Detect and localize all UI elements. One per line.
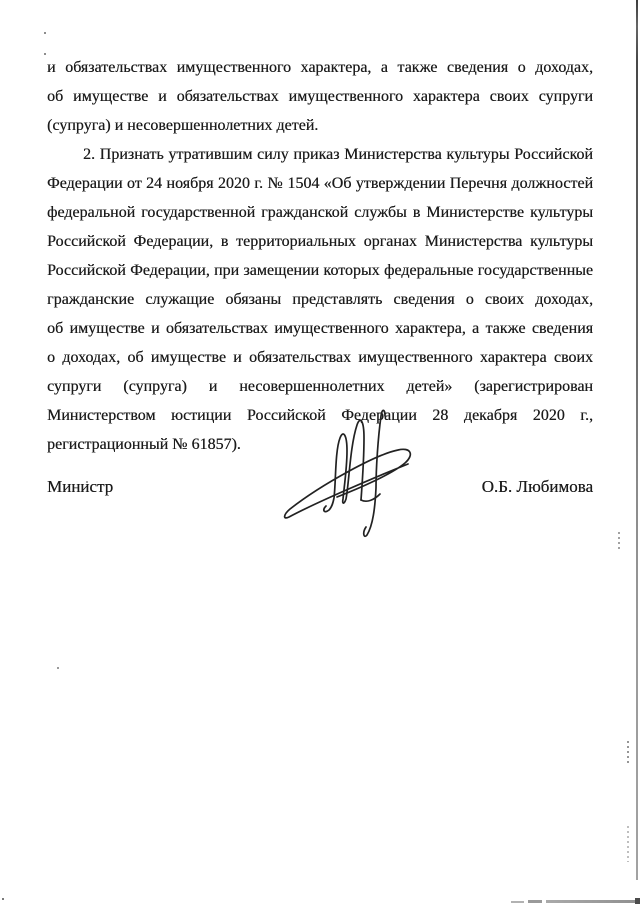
scan-bottom-edge-segment: [511, 901, 524, 903]
minister-title: Министр: [47, 472, 113, 501]
text-line: федеральной государственной гражданской …: [47, 198, 593, 227]
text-line: супруги (супруга) и несовершеннолетних д…: [47, 372, 593, 401]
text-line: и обязательствах имущественного характер…: [47, 53, 593, 82]
text-line: об имуществе и обязательствах имуществен…: [47, 82, 593, 111]
scan-speck: [44, 32, 46, 34]
text-line: Российской Федерации, в территориальных …: [47, 227, 593, 256]
text-line: Федерации от 24 ноября 2020 г. № 1504 «О…: [47, 169, 593, 198]
signer-name: О.Б. Любимова: [482, 472, 593, 501]
text-line: 2. Признать утратившим силу приказ Минис…: [47, 140, 593, 169]
text-line: Российской Федерации, при замещении кото…: [47, 256, 593, 285]
scan-speck: [44, 53, 46, 55]
scan-edge-ticks: [627, 826, 629, 862]
text-line: (супруга) и несовершеннолетних детей.: [47, 111, 593, 140]
minister-signature-icon: [282, 406, 424, 538]
scan-speck: [86, 481, 88, 483]
scan-edge-ticks: [627, 741, 629, 765]
scan-bottom-edge-segment: [528, 900, 542, 903]
document-page: и обязательствах имущественного характер…: [0, 0, 640, 905]
text-line: о доходах, об имуществе и обязательствах…: [47, 343, 593, 372]
scan-speck: [57, 667, 59, 669]
scan-edge-ticks: [618, 532, 620, 550]
scan-page-edge-line: [636, 0, 638, 880]
scan-speck: [2, 898, 4, 900]
document-body: и обязательствах имущественного характер…: [47, 53, 593, 459]
text-line: гражданские служащие обязаны представлят…: [47, 285, 593, 314]
scan-corner-mark: [635, 898, 640, 904]
text-line: об имуществе и обязательствах имуществен…: [47, 314, 593, 343]
scan-bottom-edge-segment: [546, 900, 640, 903]
